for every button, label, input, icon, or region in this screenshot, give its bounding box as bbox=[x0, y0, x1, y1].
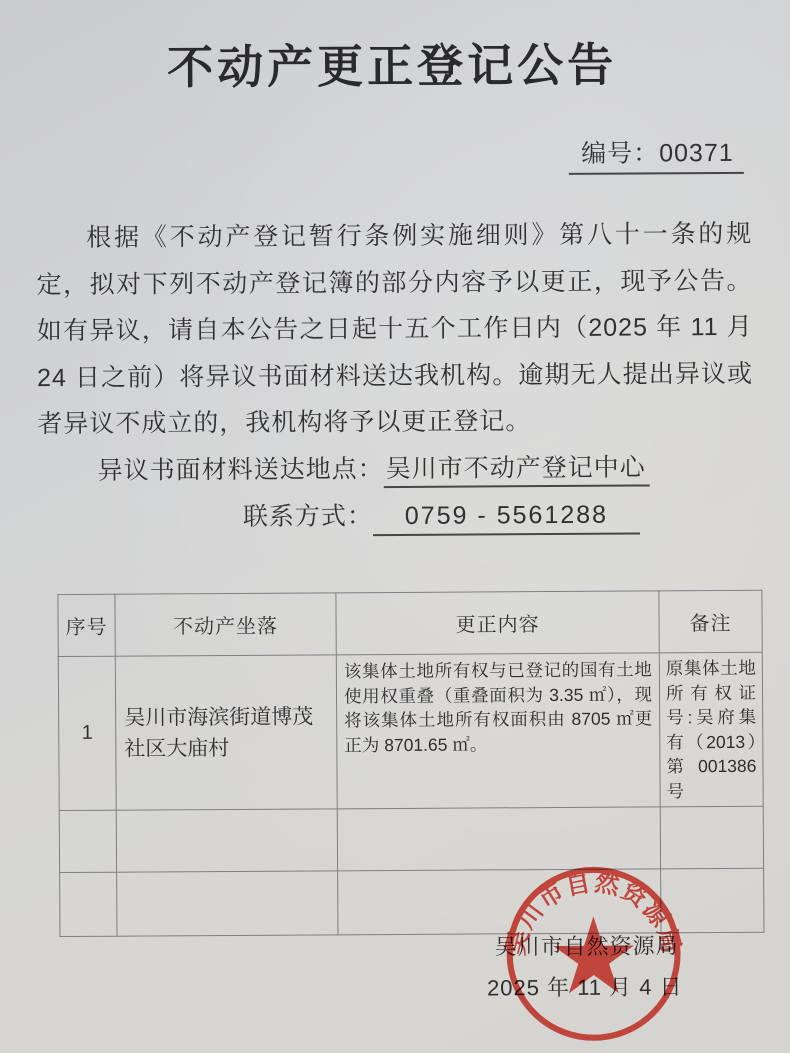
delivery-address-value: 吴川市不动产登记中心 bbox=[384, 453, 650, 488]
table-row: 1 吴川市海滨街道博茂社区大庙村 该集体土地所有权与已登记的国有土地使用权重叠（… bbox=[58, 652, 763, 810]
cell-seq: 1 bbox=[58, 656, 116, 810]
contact-line: 联系方式：0759 - 5561288 bbox=[243, 495, 640, 537]
header-seq: 序号 bbox=[58, 594, 115, 656]
doc-number: 编号：00371 bbox=[569, 133, 744, 175]
delivery-address-line: 异议书面材料送达地点：吴川市不动产登记中心 bbox=[98, 447, 650, 486]
document-page: 不动产更正登记公告 编号：00371 根据《不动产登记暂行条例实施细则》第八十一… bbox=[0, 0, 790, 1053]
cell-seq bbox=[59, 810, 116, 872]
cell-location bbox=[116, 809, 337, 872]
cell-correction bbox=[337, 807, 660, 871]
table-header-row: 序号 不动产坐落 更正内容 备注 bbox=[58, 590, 762, 656]
delivery-address-label: 异议书面材料送达地点： bbox=[98, 455, 384, 485]
cell-correction: 该集体土地所有权与已登记的国有土地使用权重叠（重叠面积为 3.35 ㎡），现将该… bbox=[336, 653, 660, 809]
cell-location bbox=[117, 871, 338, 936]
contact-phone-value: 0759 - 5561288 bbox=[373, 501, 640, 537]
body-paragraph: 根据《不动产登记暂行条例实施细则》第八十一条的规定，拟对下列不动产登记簿的部分内… bbox=[36, 211, 753, 448]
seal-star-icon bbox=[553, 916, 634, 993]
official-seal-icon: 吴川市自然资源局 bbox=[502, 862, 685, 1045]
page-title: 不动产更正登记公告 bbox=[0, 28, 787, 99]
header-remark: 备注 bbox=[659, 590, 762, 653]
cell-seq bbox=[60, 872, 117, 936]
cell-remark bbox=[660, 806, 763, 869]
document-photo: 不动产更正登记公告 编号：00371 根据《不动产登记暂行条例实施细则》第八十一… bbox=[0, 0, 790, 1053]
header-correction: 更正内容 bbox=[336, 591, 659, 655]
contact-label: 联系方式： bbox=[243, 502, 373, 531]
cell-location: 吴川市海滨街道博茂社区大庙村 bbox=[115, 655, 337, 810]
header-location: 不动产坐落 bbox=[115, 593, 336, 656]
cell-remark: 原集体土地所有权证号:吴府集有（2013）第001386号 bbox=[659, 652, 763, 807]
